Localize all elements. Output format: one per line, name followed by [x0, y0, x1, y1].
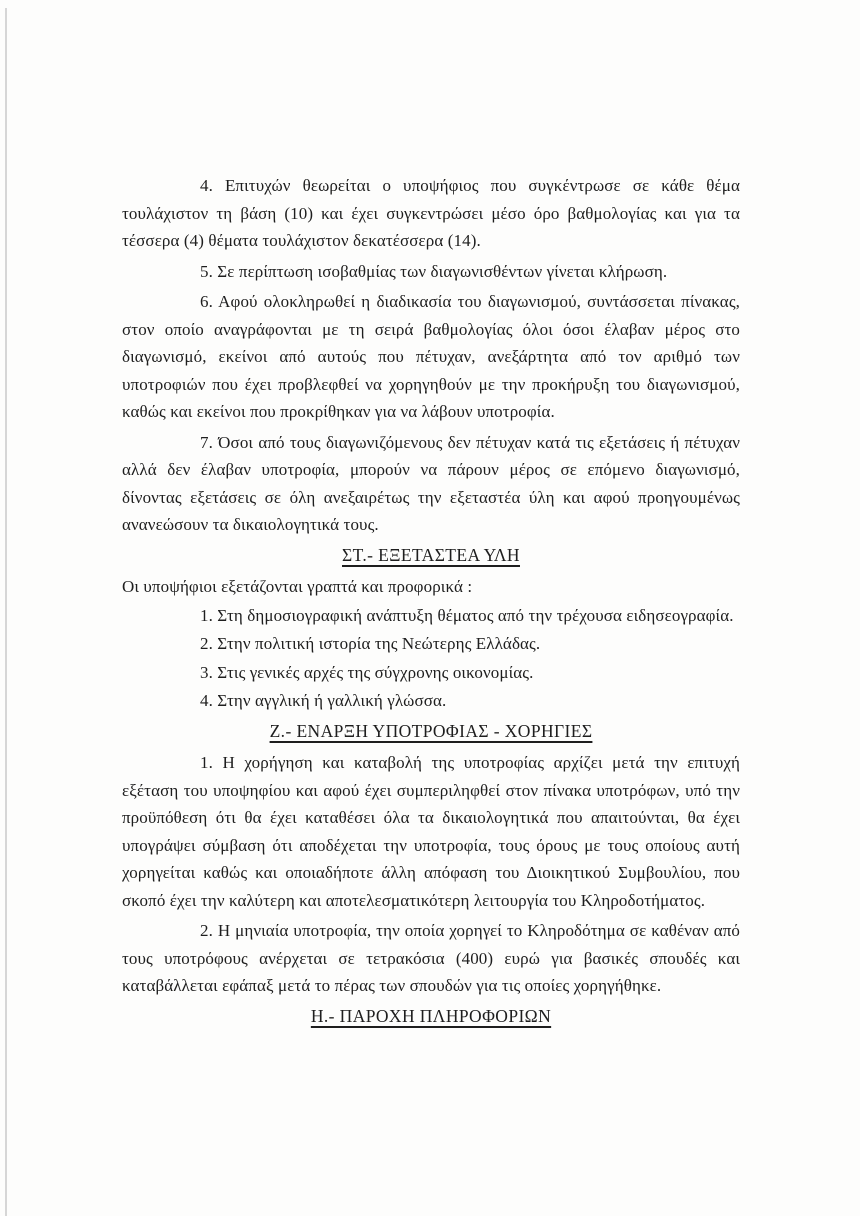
exam-subject-2: 2. Στην πολιτική ιστορία της Νεώτερης Ελ…: [122, 630, 740, 658]
section-heading-scholarship-start-text: Ζ.- ΕΝΑΡΞΗ ΥΠΟΤΡΟΦΙΑΣ - ΧΟΡΗΓΙΕΣ: [270, 721, 593, 741]
section-heading-information: Η.- ΠΑΡΟΧΗ ΠΛΗΡΟΦΟΡΙΩΝ: [122, 1003, 740, 1031]
section-heading-exam-material-text: ΣΤ.- ΕΞΕΤΑΣΤΕΑ ΥΛΗ: [342, 545, 520, 565]
exam-subject-1: 1. Στη δημοσιογραφική ανάπτυξη θέματος α…: [122, 602, 740, 630]
scanned-document: { "colors": { "paper": "#fdfdfc", "ink":…: [0, 0, 860, 1216]
document-text-block: 4. Επιτυχών θεωρείται ο υποψήφιος που συ…: [122, 172, 740, 1034]
paragraph-4: 4. Επιτυχών θεωρείται ο υποψήφιος που συ…: [122, 172, 740, 255]
paragraph-z1: 1. Η χορήγηση και καταβολή της υποτροφία…: [122, 749, 740, 914]
paragraph-5: 5. Σε περίπτωση ισοβαθμίας των διαγωνισθ…: [122, 258, 740, 286]
paragraph-z2: 2. Η μηνιαία υποτροφία, την οποία χορηγε…: [122, 917, 740, 1000]
exam-intro-line: Οι υποψήφιοι εξετάζονται γραπτά και προφ…: [122, 573, 740, 601]
section-heading-scholarship-start: Ζ.- ΕΝΑΡΞΗ ΥΠΟΤΡΟΦΙΑΣ - ΧΟΡΗΓΙΕΣ: [122, 718, 740, 746]
section-heading-exam-material: ΣΤ.- ΕΞΕΤΑΣΤΕΑ ΥΛΗ: [122, 542, 740, 570]
scan-edge-artifact: [5, 8, 7, 1216]
section-heading-information-text: Η.- ΠΑΡΟΧΗ ΠΛΗΡΟΦΟΡΙΩΝ: [311, 1006, 551, 1026]
paragraph-7: 7. Όσοι από τους διαγωνιζόμενους δεν πέτ…: [122, 429, 740, 539]
paragraph-6: 6. Αφού ολοκληρωθεί η διαδικασία του δια…: [122, 288, 740, 426]
exam-subject-4: 4. Στην αγγλική ή γαλλική γλώσσα.: [122, 687, 740, 715]
exam-subject-3: 3. Στις γενικές αρχές της σύγχρονης οικο…: [122, 659, 740, 687]
